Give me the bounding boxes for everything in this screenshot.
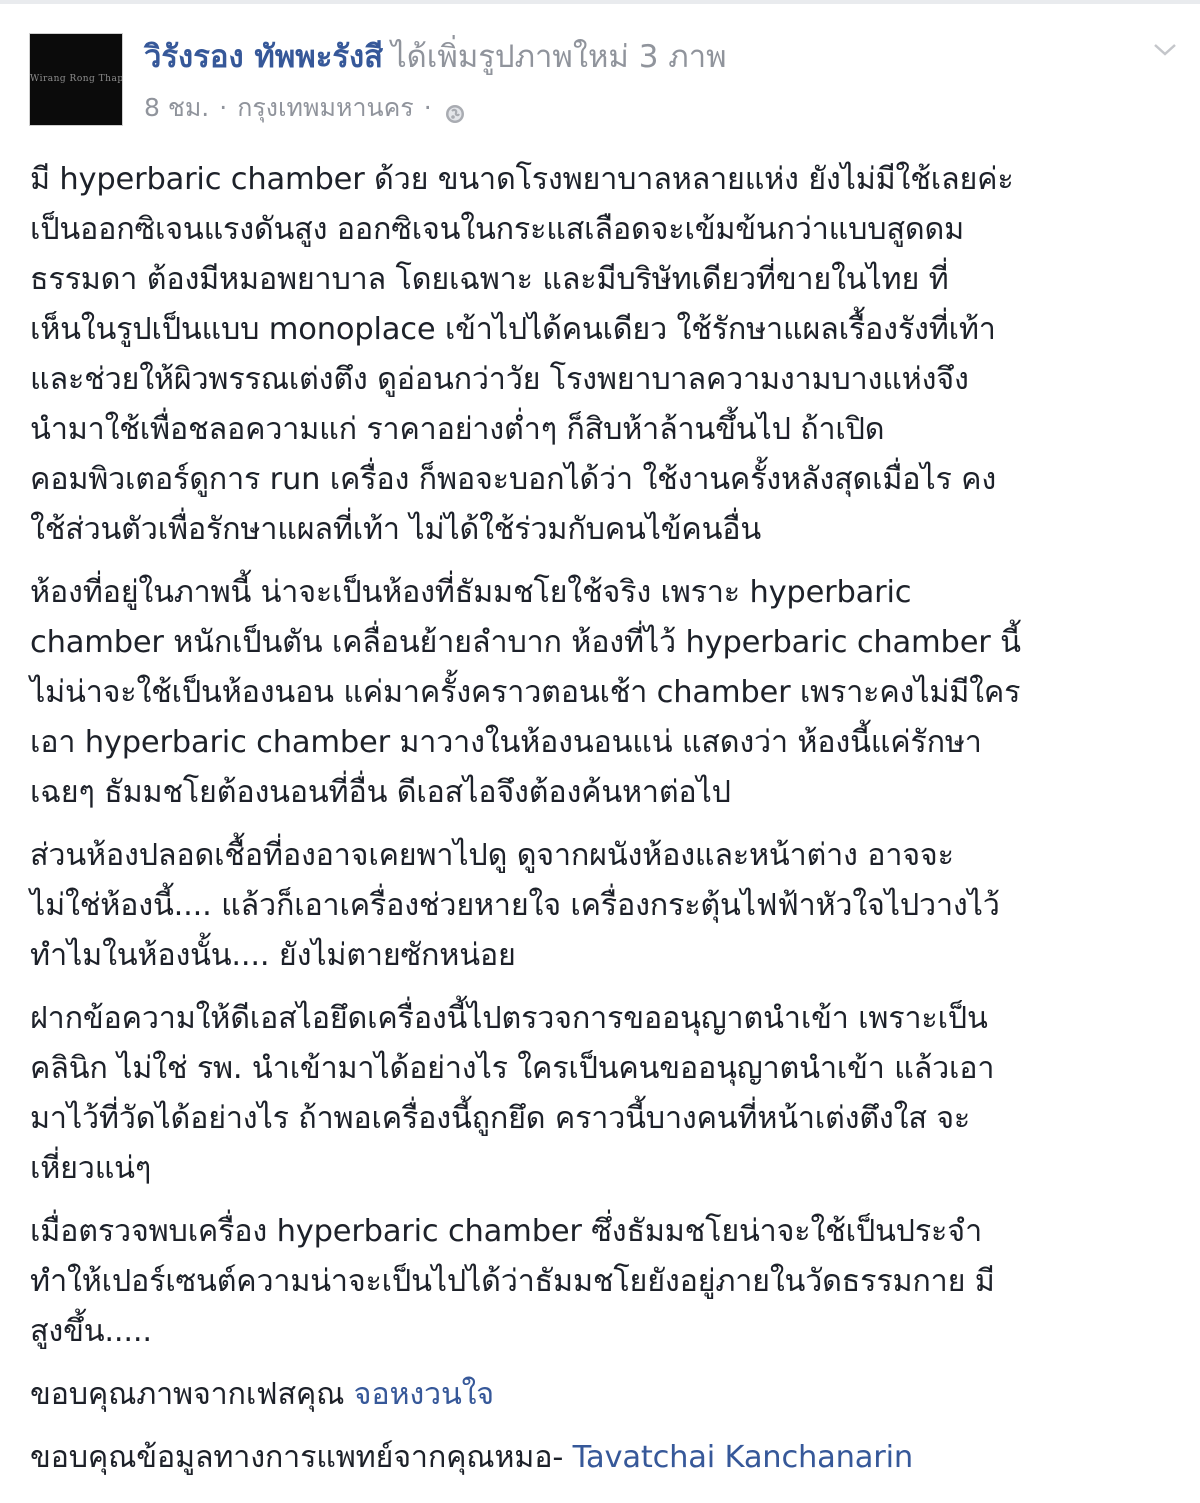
text-line: และช่วยให้ผิวพรรณเต่งตึง ดูอ่อนกว่าวัย โ… [30,355,1180,405]
text-line: คอมพิวเตอร์ดูการ run เครื่อง ก็พอจะบอกได… [30,455,1180,505]
credit-profile-link[interactable]: Tavatchai Kanchanarin [573,1440,913,1475]
text-line: chamber หนักเป็นตัน เคลื่อนย้ายลำบาก ห้อ… [30,618,1180,668]
text-line: ไม่น่าจะใช้เป็นห้องนอน แค่มาครั้งคราวตอน… [30,668,1180,718]
post-paragraph-3: ส่วนห้องปลอดเชื้อที่องอาจเคยพาไปดู ดูจาก… [30,831,1180,981]
medical-info-credit: ขอบคุณข้อมูลทางการแพทย์จากคุณหมอ- Tavatc… [30,1433,1180,1483]
post-title-line: วิรังรอง ทัพพะรังสีได้เพิ่มรูปภาพใหม่ 3 … [144,33,727,81]
text-line: เฉยๆ ธัมมชโยต้องนอนที่อื่น ดีเอสไอจึงต้อ… [30,768,1180,818]
post-body: มี hyperbaric chamber ด้วย ขนาดโรงพยาบาล… [30,155,1180,1496]
post-timestamp[interactable]: 8 ชม. [144,88,209,128]
text-line: เอา hyperbaric chamber มาวางในห้องนอนแน่… [30,718,1180,768]
text-line: มาไว้ที่วัดได้อย่างไร ถ้าพอเครื่องนี้ถูก… [30,1094,1180,1144]
post-header: Wirang Rong Thappharangsi วิรังรอง ทัพพะ… [29,33,1189,127]
text-line: เห็นในรูปเป็นแบบ monoplace เข้าไปได้คนเด… [30,305,1180,355]
text-line: มี hyperbaric chamber ด้วย ขนาดโรงพยาบาล… [30,155,1180,205]
text-line: เมื่อตรวจพบเครื่อง hyperbaric chamber ซึ… [30,1207,1180,1257]
text-line: ทำไมในห้องนั้น.... ยังไม่ตายซักหน่อย [30,931,1180,981]
avatar-caption: Wirang Rong Thappharangsi [30,74,123,84]
globe-icon[interactable] [444,97,466,119]
text-line: เป็นออกซิเจนแรงดันสูง ออกซิเจนในกระแสเลื… [30,205,1180,255]
post-paragraph-1: มี hyperbaric chamber ด้วย ขนาดโรงพยาบาล… [30,155,1180,555]
text-line: นำมาใช้เพื่อชลอความแก่ ราคาอย่างต่ำๆ ก็ส… [30,405,1180,455]
meta-separator: · [219,88,227,128]
text-line: ไม่ใช่ห้องนี้.... แล้วก็เอาเครื่องช่วยหา… [30,881,1180,931]
post-paragraph-4: ฝากข้อความให้ดีเอสไอยึดเครื่องนี้ไปตรวจก… [30,994,1180,1194]
meta-separator: · [424,88,432,128]
credit-text: ขอบคุณภาพจากเฟสคุณ [30,1377,354,1412]
post-action-text: ได้เพิ่มรูปภาพใหม่ 3 ภาพ [391,39,727,75]
text-line: ใช้ส่วนตัวเพื่อรักษาแผลที่เท้า ไม่ได้ใช้… [30,505,1180,555]
post-paragraph-5: เมื่อตรวจพบเครื่อง hyperbaric chamber ซึ… [30,1207,1180,1357]
credit-line: ขอบคุณภาพจากเฟสคุณ จอหงวนใจ [30,1370,1180,1420]
credit-profile-link[interactable]: จอหงวนใจ [354,1377,494,1412]
post-location[interactable]: กรุงเทพมหานคร [237,88,414,128]
photo-credit: ขอบคุณภาพจากเฟสคุณ จอหงวนใจ [30,1370,1180,1420]
text-line: คลินิก ไม่ใช่ รพ. นำเข้ามาได้อย่างไร ใคร… [30,1044,1180,1094]
text-line: ธรรมดา ต้องมีหมอพยาบาล โดยเฉพาะ และมีบริ… [30,255,1180,305]
facebook-post: Wirang Rong Thappharangsi วิรังรอง ทัพพะ… [0,0,1200,1503]
text-line: ทำให้เปอร์เซนต์ความน่าจะเป็นไปได้ว่าธัมม… [30,1257,1180,1307]
text-line: ฝากข้อความให้ดีเอสไอยึดเครื่องนี้ไปตรวจก… [30,994,1180,1044]
post-meta: 8 ชม. · กรุงเทพมหานคร · [144,88,466,128]
author-avatar[interactable]: Wirang Rong Thappharangsi [29,33,123,126]
post-paragraph-2: ห้องที่อยู่ในภาพนี้ น่าจะเป็นห้องที่ธัมม… [30,568,1180,818]
text-line: ส่วนห้องปลอดเชื้อที่องอาจเคยพาไปดู ดูจาก… [30,831,1180,881]
credit-text: ขอบคุณข้อมูลทางการแพทย์จากคุณหมอ- [30,1440,573,1475]
chevron-down-icon[interactable] [1152,40,1178,60]
author-name-link[interactable]: วิรังรอง ทัพพะรังสี [144,39,383,75]
text-line: ห้องที่อยู่ในภาพนี้ น่าจะเป็นห้องที่ธัมม… [30,568,1180,618]
credit-line: ขอบคุณข้อมูลทางการแพทย์จากคุณหมอ- Tavatc… [30,1433,1180,1483]
text-line: เหี่ยวแน่ๆ [30,1144,1180,1194]
text-line: สูงขึ้น..... [30,1307,1180,1357]
